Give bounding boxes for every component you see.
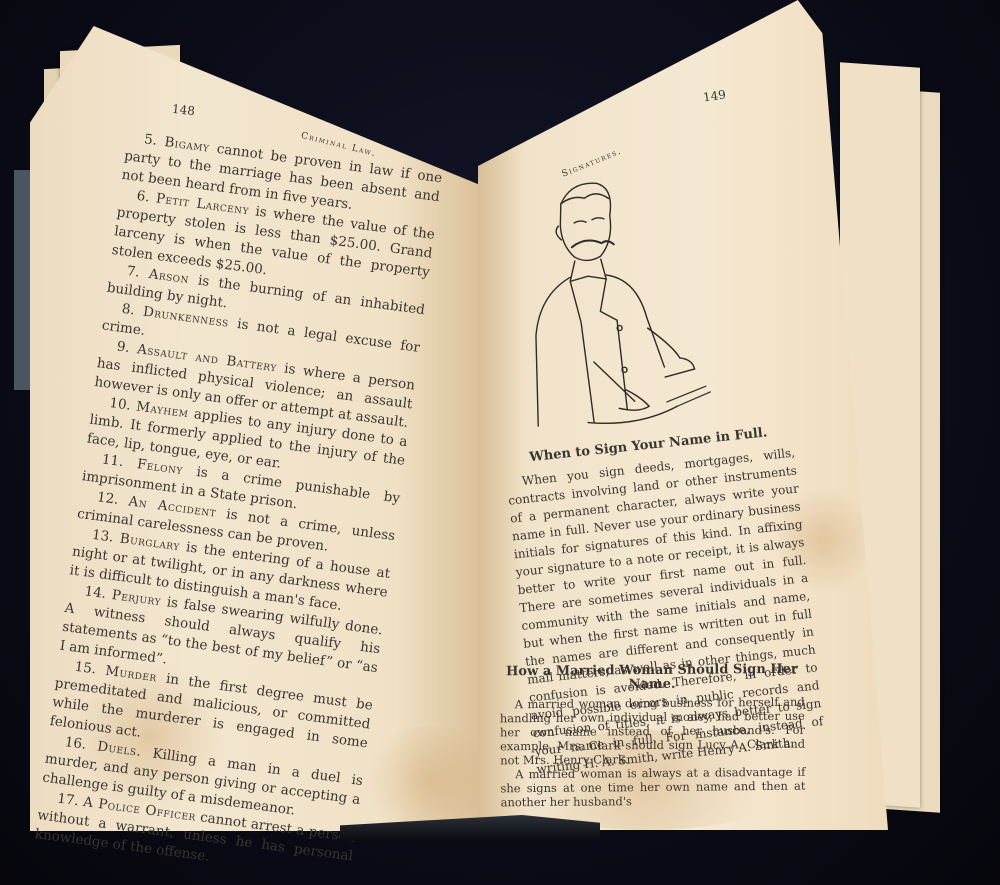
page-number-left: 148 (171, 102, 195, 118)
right-page-lower-text: How a Married Woman Should Sign Her Name… (499, 661, 805, 810)
man-signing-illustration-icon (511, 163, 729, 446)
book-photo-scene: 148 Criminal Law. 5. Bigamy cannot be pr… (0, 0, 1000, 885)
section-para-2: A married woman is always at a disadvant… (500, 765, 805, 810)
section-para-1: A married woman doing business for herse… (500, 695, 806, 768)
section-heading-married-woman: How a Married Woman Should Sign Her Name… (499, 663, 804, 694)
